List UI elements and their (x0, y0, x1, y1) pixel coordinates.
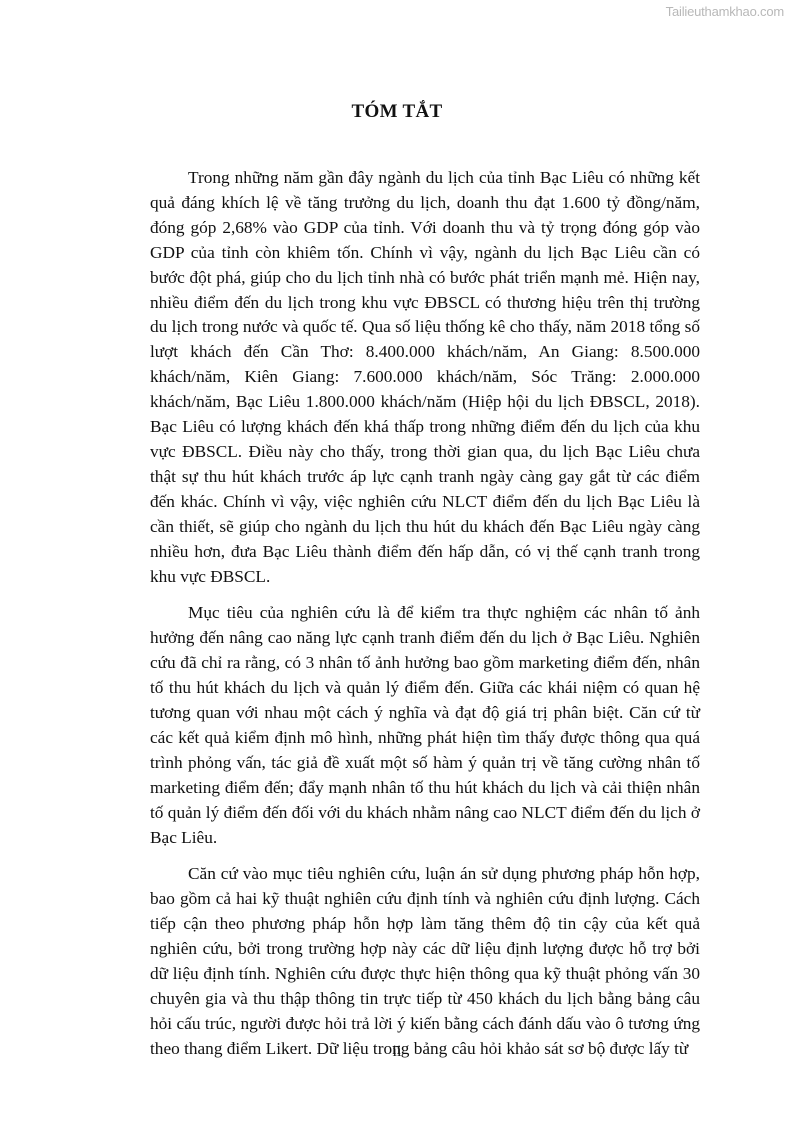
watermark: Tailieuthamkhao.com (666, 4, 784, 19)
page-number: ii (0, 1043, 794, 1061)
paragraph: Mục tiêu của nghiên cứu là để kiểm tra t… (150, 601, 700, 850)
paragraph: Trong những năm gần đây ngành du lịch củ… (150, 166, 700, 589)
document-body: Trong những năm gần đây ngành du lịch củ… (150, 166, 700, 1062)
paragraph: Căn cứ vào mục tiêu nghiên cứu, luận án … (150, 862, 700, 1061)
page-title: TÓM TẮT (0, 101, 794, 123)
